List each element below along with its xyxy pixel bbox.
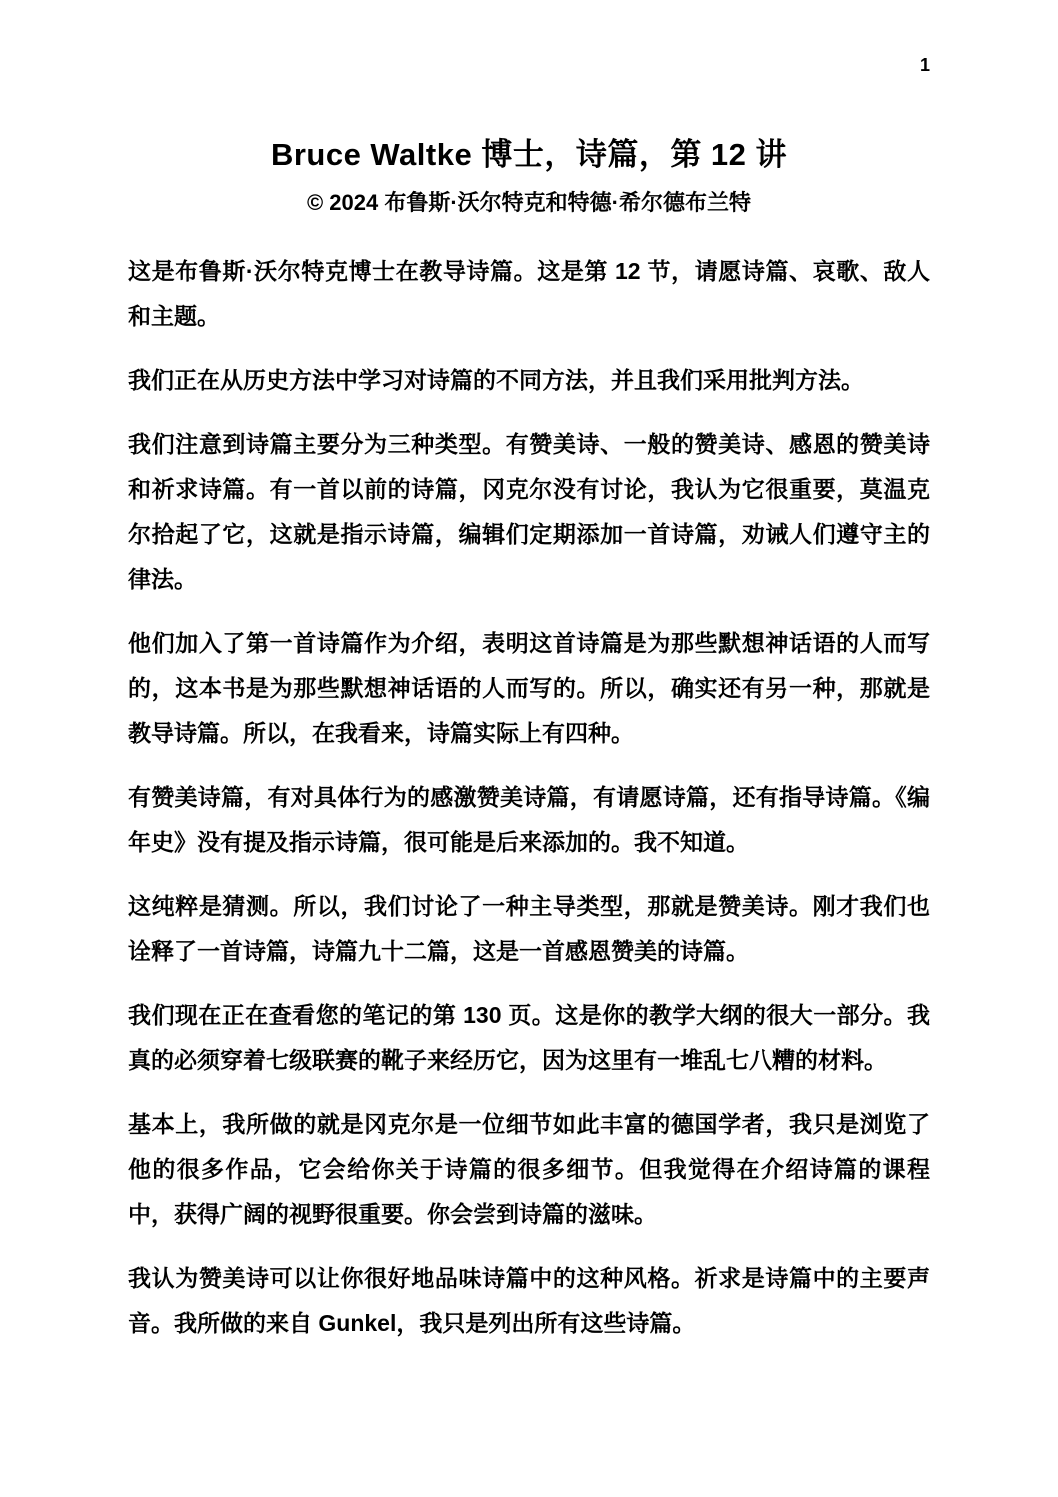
document-content: Bruce Waltke 博士，诗篇，第 12 讲 © 2024 布鲁斯·沃尔特… [0, 136, 1058, 1346]
paragraph-1: 这是布鲁斯·沃尔特克博士在教导诗篇。这是第 12 节，请愿诗篇、哀歌、敌人和主题… [128, 249, 930, 339]
copyright-line: © 2024 布鲁斯·沃尔特克和特德·希尔德布兰特 [128, 189, 930, 218]
paragraph-9: 我认为赞美诗可以让你很好地品味诗篇中的这种风格。祈求是诗篇中的主要声音。我所做的… [128, 1256, 930, 1346]
paragraph-4: 他们加入了第一首诗篇作为介绍，表明这首诗篇是为那些默想神话语的人而写的，这本书是… [128, 621, 930, 756]
paragraph-3: 我们注意到诗篇主要分为三种类型。有赞美诗、一般的赞美诗、感恩的赞美诗和祈求诗篇。… [128, 422, 930, 602]
paragraph-6: 这纯粹是猜测。所以，我们讨论了一种主导类型，那就是赞美诗。刚才我们也诠释了一首诗… [128, 884, 930, 974]
paragraph-7: 我们现在正在查看您的笔记的第 130 页。这是你的教学大纲的很大一部分。我真的必… [128, 993, 930, 1083]
paragraph-8: 基本上，我所做的就是冈克尔是一位细节如此丰富的德国学者，我只是浏览了他的很多作品… [128, 1102, 930, 1237]
page-number: 1 [920, 55, 930, 77]
paragraph-2: 我们正在从历史方法中学习对诗篇的不同方法，并且我们采用批判方法。 [128, 358, 930, 403]
paragraph-5: 有赞美诗篇，有对具体行为的感激赞美诗篇，有请愿诗篇，还有指导诗篇。《编年史》没有… [128, 775, 930, 865]
document-body: 这是布鲁斯·沃尔特克博士在教导诗篇。这是第 12 节，请愿诗篇、哀歌、敌人和主题… [128, 249, 930, 1346]
document-title: Bruce Waltke 博士，诗篇，第 12 讲 [128, 136, 930, 175]
document-page: 1 Bruce Waltke 博士，诗篇，第 12 讲 © 2024 布鲁斯·沃… [0, 0, 1058, 1497]
